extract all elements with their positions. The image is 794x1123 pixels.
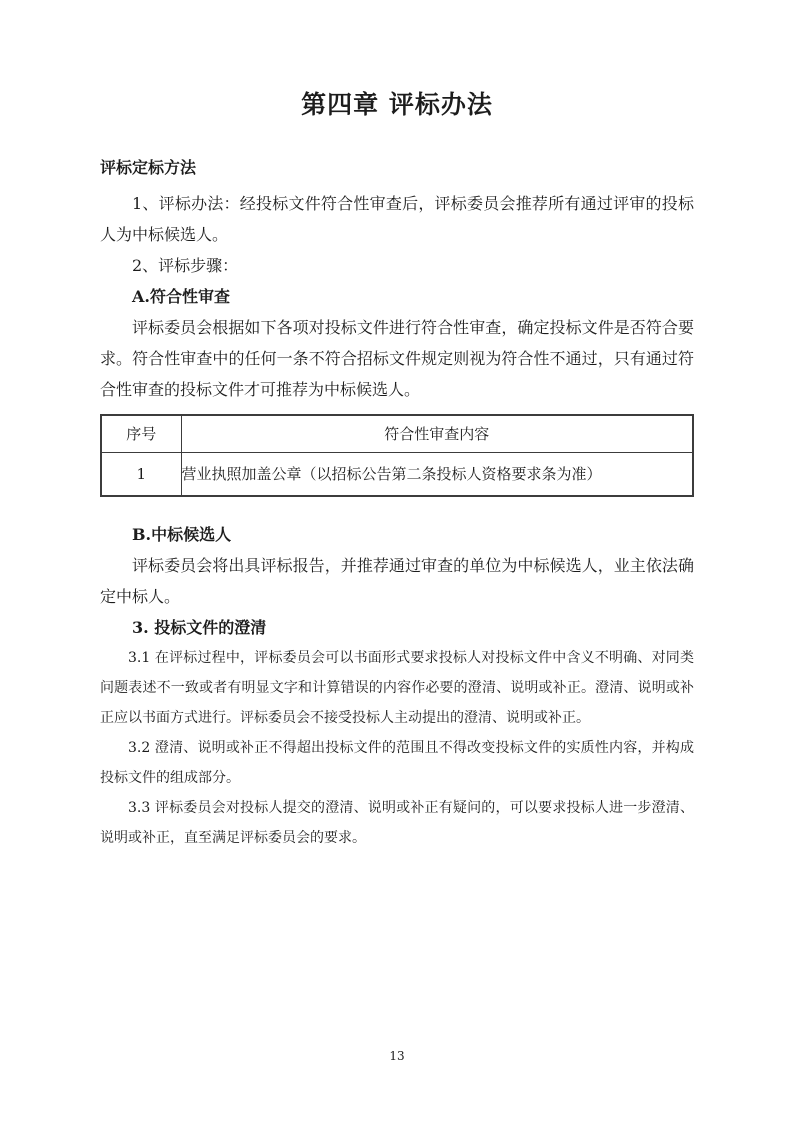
page-title: 第四章 评标办法 <box>100 88 694 122</box>
table-header-content: 符合性审查内容 <box>181 415 693 453</box>
paragraph-clause-3-2: 3.2 澄清、说明或补正不得超出投标文件的范围且不得改变投标文件的实质性内容，并… <box>100 733 694 793</box>
heading-a-compliance-review: A.符合性审查 <box>100 281 694 312</box>
table-row: 1 营业执照加盖公章（以招标公告第二条投标人资格要求条为准） <box>101 453 693 497</box>
paragraph-clause-3-3: 3.3 评标委员会对投标人提交的澄清、说明或补正有疑问的，可以要求投标人进一步澄… <box>100 793 694 853</box>
paragraph-clause-3-1: 3.1 在评标过程中，评标委员会可以书面形式要求投标人对投标文件中含义不明确、对… <box>100 643 694 733</box>
paragraph-item-2: 2、评标步骤： <box>100 250 694 281</box>
table-header-index: 序号 <box>101 415 181 453</box>
paragraph-a-body: 评标委员会根据如下各项对投标文件进行符合性审查，确定投标文件是否符合要求。符合性… <box>100 312 694 405</box>
compliance-review-table: 序号 符合性审查内容 1 营业执照加盖公章（以招标公告第二条投标人资格要求条为准… <box>100 414 694 497</box>
paragraph-b-body: 评标委员会将出具评标报告，并推荐通过审查的单位为中标候选人，业主依法确定中标人。 <box>100 550 694 612</box>
table-cell-index: 1 <box>101 453 181 497</box>
heading-evaluation-method: 评标定标方法 <box>100 156 694 180</box>
paragraph-item-1: 1、评标办法：经投标文件符合性审查后，评标委员会推荐所有通过评审的投标人为中标候… <box>100 188 694 250</box>
table-cell-content: 营业执照加盖公章（以招标公告第二条投标人资格要求条为准） <box>181 453 693 497</box>
table-header-row: 序号 符合性审查内容 <box>101 415 693 453</box>
heading-b-winning-candidates: B.中标候选人 <box>100 519 694 550</box>
page-number: 13 <box>0 1049 794 1063</box>
document-page: 第四章 评标办法 评标定标方法 1、评标办法：经投标文件符合性审查后，评标委员会… <box>0 0 794 1123</box>
heading-3-clarification: 3. 投标文件的澄清 <box>100 612 694 643</box>
